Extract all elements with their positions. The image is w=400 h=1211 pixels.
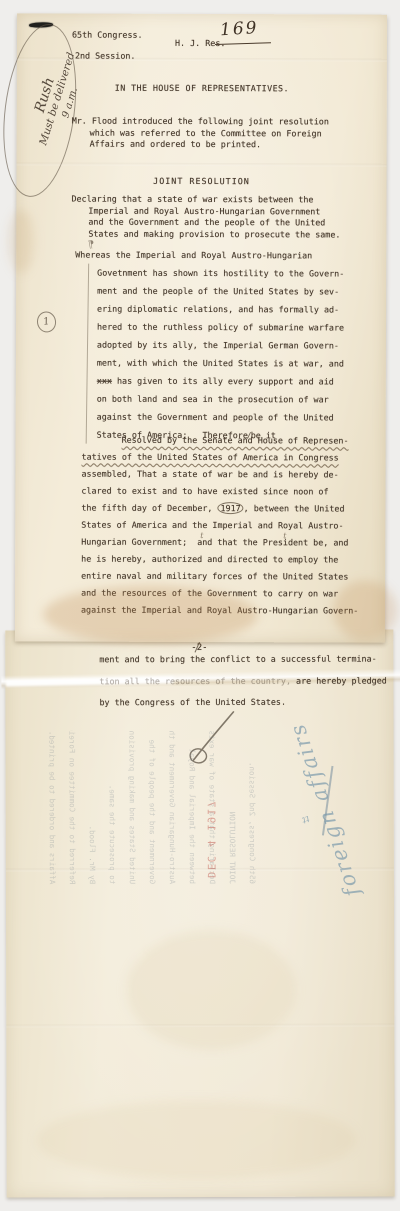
stain <box>43 585 258 644</box>
crease <box>6 1023 394 1027</box>
blue-pencil-mark: tt <box>300 813 310 825</box>
whereas-line: ment and the people of the United States… <box>97 286 344 305</box>
resolved-text: , between the United <box>244 503 345 513</box>
resolved-text-underlined: tatives of the United States of America … <box>82 452 339 463</box>
chamber-heading: IN THE HOUSE OF REPRESENTATIVES. <box>17 82 387 95</box>
resolved-line: Resolved by the Senate and House of Repr… <box>122 435 359 453</box>
crease <box>17 162 387 166</box>
sheet-page-2: -2- ment and to bring the conflict to a … <box>5 629 394 1197</box>
whereas-line: ment, with which the United States is at… <box>97 358 344 377</box>
resolved-line: assembled, That a state of war be and is… <box>81 469 358 487</box>
resolved-text: the fifth day of December, <box>81 503 217 513</box>
page-number: -2- <box>191 643 207 655</box>
resolved-line: clared to exist and to have existed sinc… <box>81 486 358 504</box>
blue-pencil-note: foreign affairs <box>280 704 369 915</box>
resolved-line: States of America and the Imperial and R… <box>81 520 358 538</box>
resolved-line: Hungarian Government; and that the Presi… <box>81 537 358 555</box>
whereas-line: Govetnment has shown its hostility to th… <box>97 268 344 287</box>
resolved-line: tatives of the United States of America … <box>82 452 359 470</box>
continuation-line: by the Congress of the United States. <box>99 697 386 719</box>
damaged-text: tion all the resources of the country, <box>99 675 291 686</box>
margin-number: 1 <box>42 316 50 328</box>
stain <box>126 930 296 1050</box>
title-line: States and making provision to prosecute… <box>88 228 340 240</box>
whereas-line: hered to the ruthless policy of submarin… <box>97 322 344 341</box>
bleedthrough-region: 65th Congress, 2nd Session. JOINT RESOLU… <box>34 730 264 887</box>
continuation-paragraph: ment and to bring the conflict to a succ… <box>99 654 387 719</box>
continuation-line-damaged: tion all the resources of the country, a… <box>99 675 386 697</box>
sheet-page-1: Rush Must be delivered 9 a.m. 65th Congr… <box>15 13 387 642</box>
whereas-line: xxx has given to its ally every support … <box>97 376 344 395</box>
whereas-line: Whereas the Imperial and Royal Austro-Hu… <box>75 250 344 269</box>
introduction-block: Mr. Flood introduced the following joint… <box>17 115 274 151</box>
congress-label: 65th Congress. <box>72 30 143 42</box>
introduction-line: Mr. Flood introduced the following joint… <box>72 116 329 128</box>
stain <box>36 1100 356 1181</box>
title-line: Declaring that a state of war exists bet… <box>71 194 323 206</box>
title-line: and the Government and the people of the… <box>88 217 340 229</box>
stain <box>8 209 34 273</box>
bleedthrough-text: 65th Congress, 2nd Session. JOINT RESOLU… <box>41 730 261 885</box>
stain <box>333 580 397 640</box>
title-line: Imperial and Royal Austro-Hungarian Gove… <box>88 205 340 217</box>
continuation-text: are hereby pledged <box>291 675 387 685</box>
continuation-line: ment and to bring the conflict to a succ… <box>99 654 386 676</box>
insert-mark: t <box>283 531 286 540</box>
resolution-number-handwritten: 169 <box>219 18 259 41</box>
whereas-text: has given to its ally every support and … <box>112 376 334 387</box>
resolved-line: the fifth day of December, 1917, between… <box>81 503 358 521</box>
struck-text: xxx <box>97 376 112 386</box>
whereas-line: ering diplomatic relations, and has form… <box>97 304 344 323</box>
circled-margin-number: 1 <box>35 310 57 334</box>
title-block: Declaring that a state of war exists bet… <box>16 193 268 240</box>
introduction-line: Affairs and ordered to be printed. <box>90 139 347 151</box>
whereas-paragraph: Whereas the Imperial and Royal Austro-Hu… <box>75 250 345 449</box>
resolved-line: he is hereby, authorized and directed to… <box>81 554 358 572</box>
circled-year: 1917 <box>217 502 243 514</box>
date-stamp-text: DEC 4 1917 <box>205 800 217 878</box>
whereas-line: adopted by its ally, the Imperial German… <box>97 340 344 359</box>
whereas-line: on both land and sea in the prosecution … <box>97 394 344 413</box>
document-scan: { "page1": { "congress": "65th Congress.… <box>0 0 400 1211</box>
introduction-line: which was referred to the Committee on F… <box>90 127 347 139</box>
joint-resolution-heading: JOINT RESOLUTION <box>16 175 386 188</box>
whereas-line: against the Government and people of the… <box>97 412 344 431</box>
insert-mark: t <box>200 531 203 540</box>
resolved-text-underlined: Resolved by the Senate and House of Repr… <box>122 435 349 446</box>
